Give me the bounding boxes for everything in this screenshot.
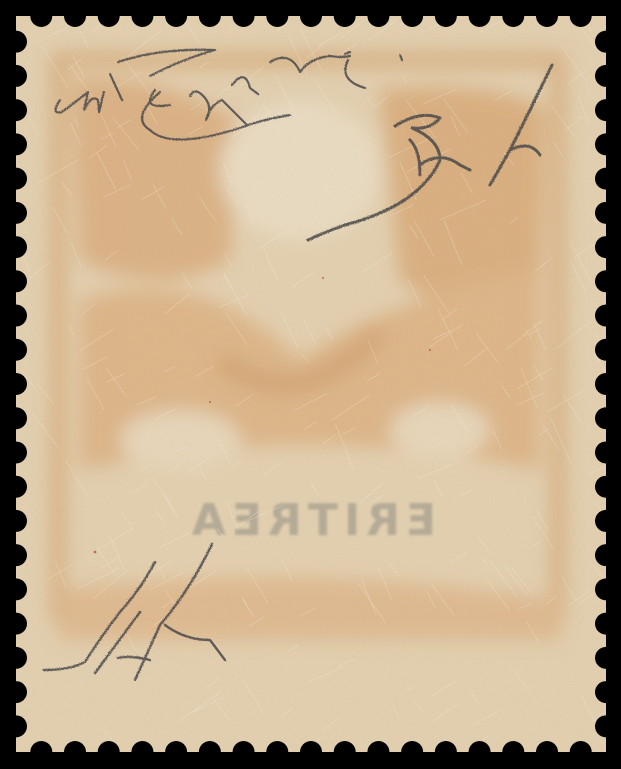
stamp-photo: ERITREA: [0, 0, 621, 769]
stamp-content: ERITREA: [0, 0, 621, 769]
stamp-back: ERITREA: [0, 0, 621, 769]
